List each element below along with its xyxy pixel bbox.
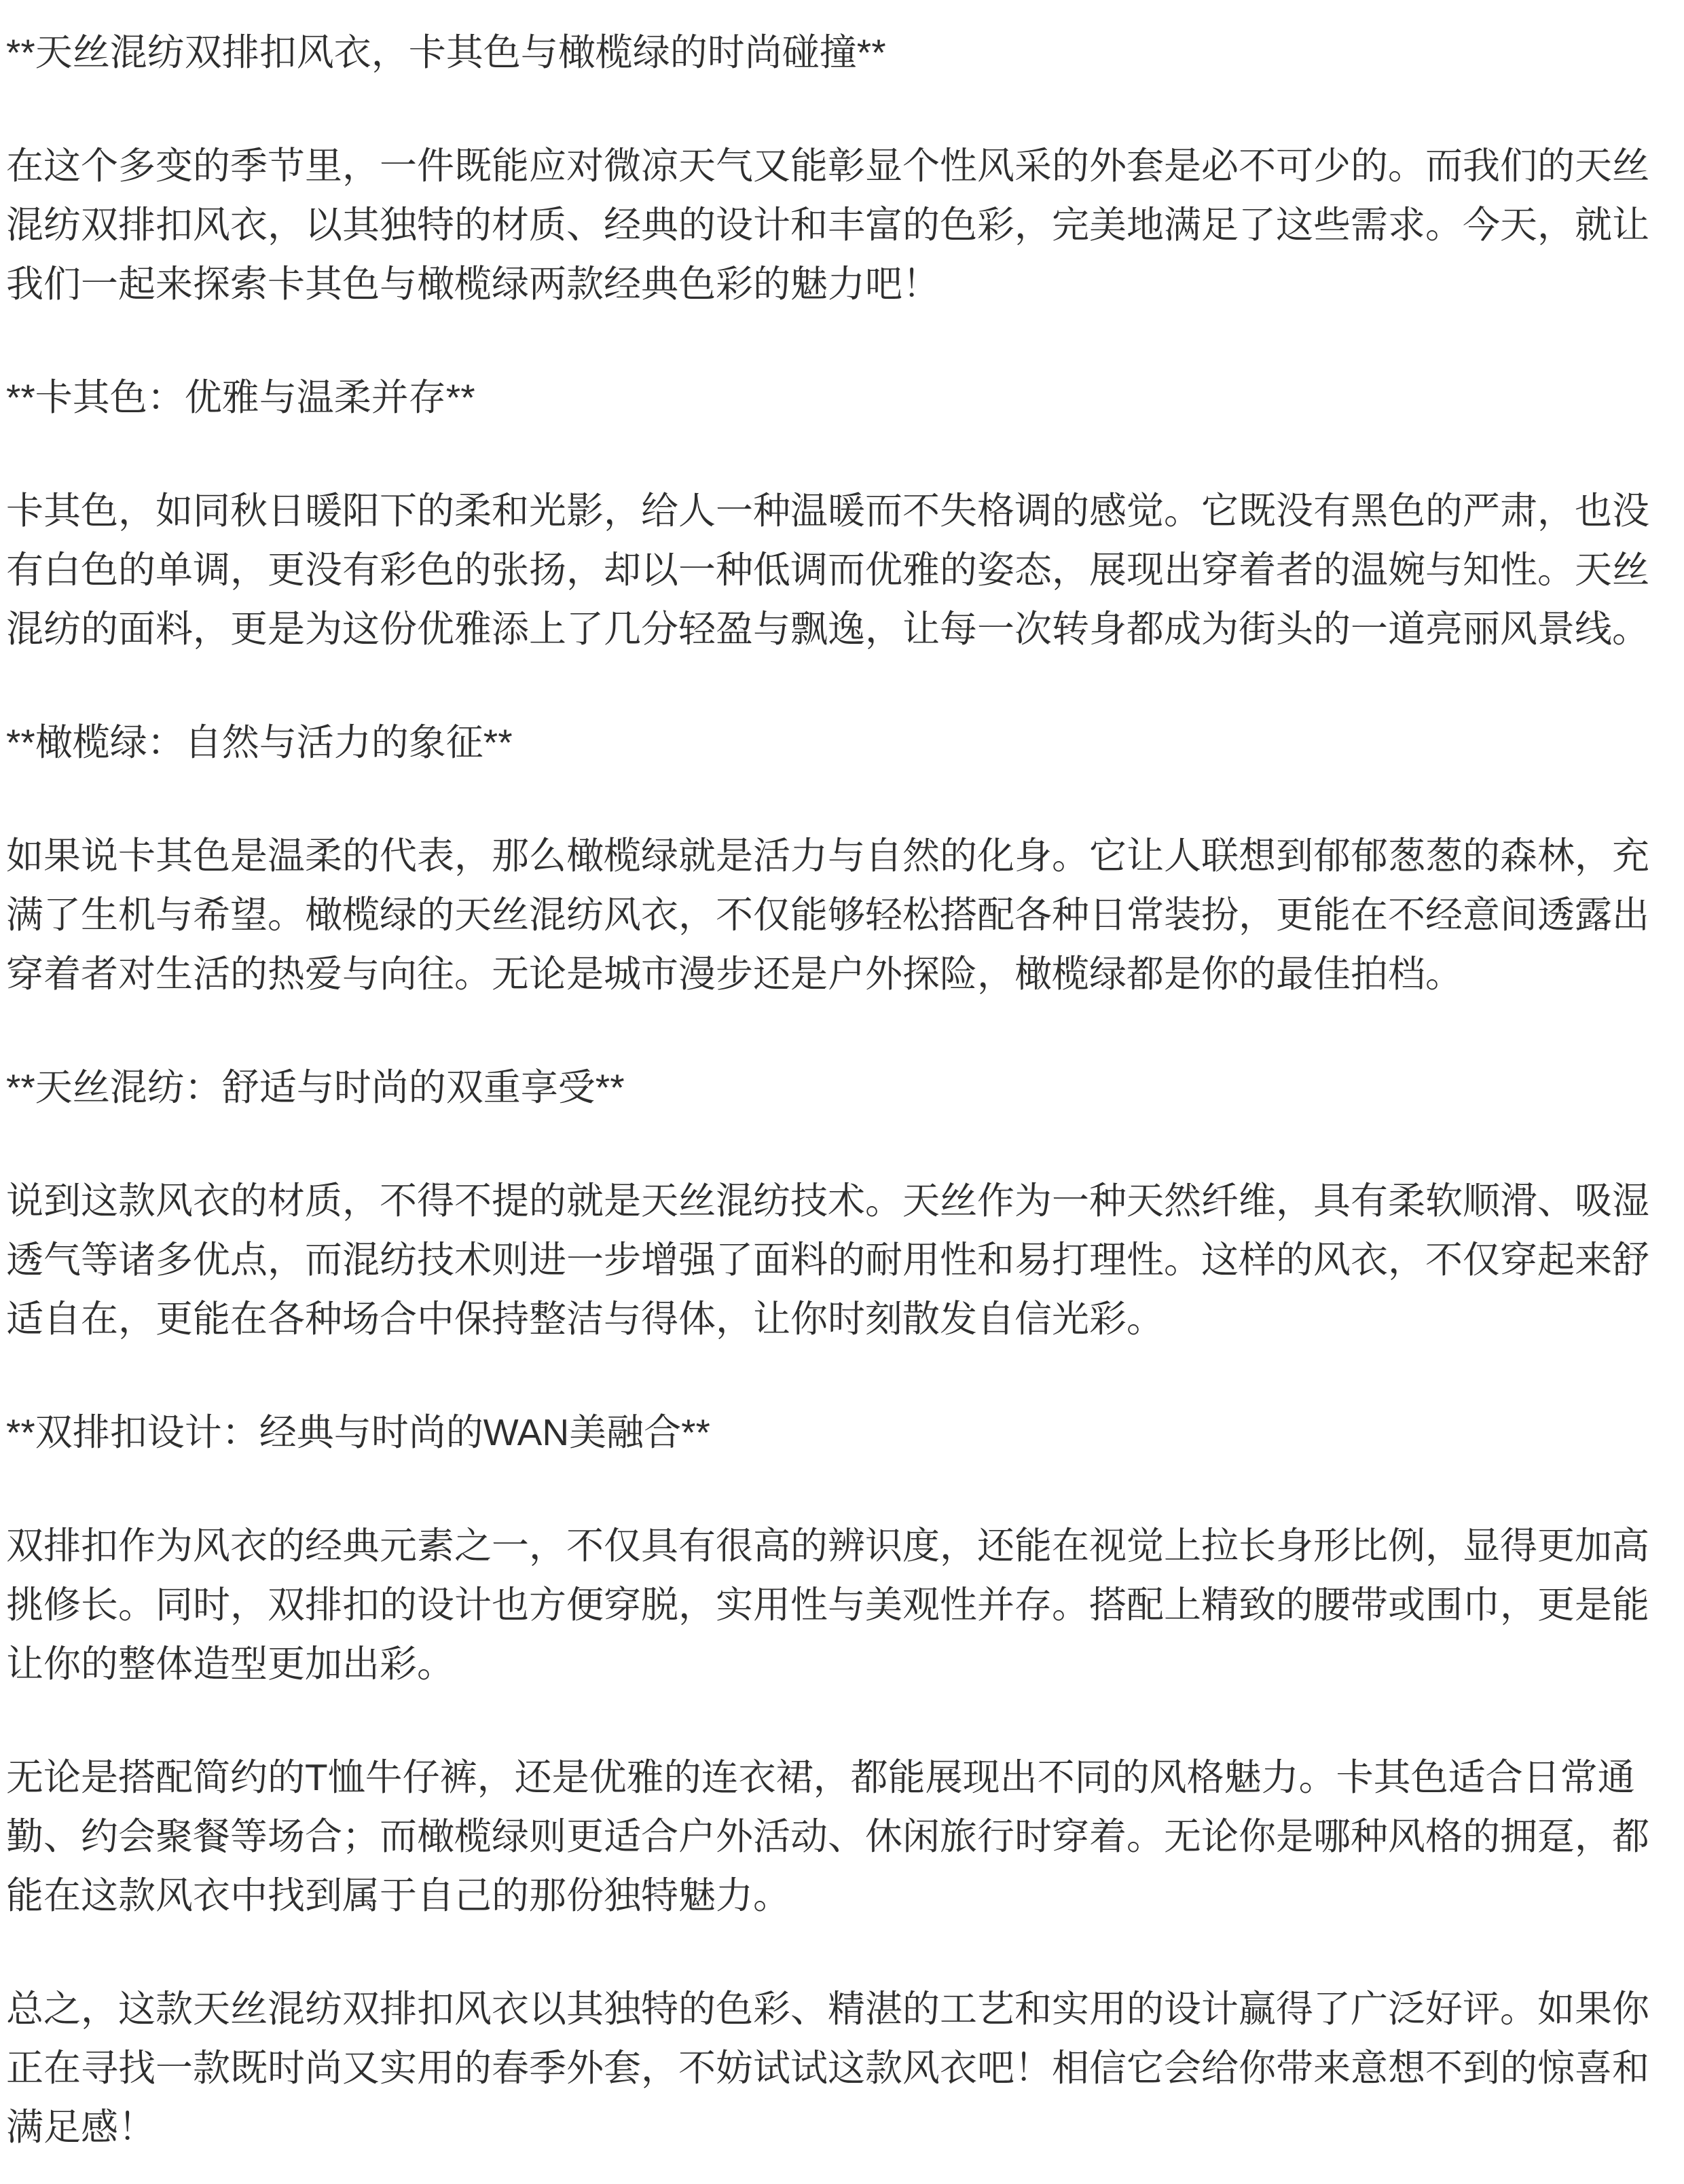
heading-double-breasted: **双排扣设计：经典与时尚的WAN美融合**	[6, 1403, 1679, 1462]
khaki-paragraph: 卡其色，如同秋日暖阳下的柔和光影，给人一种温暖而不失格调的感觉。它既没有黑色的严…	[6, 481, 1679, 659]
heading-khaki: **卡其色：优雅与温柔并存**	[6, 368, 1679, 427]
olive-paragraph: 如果说卡其色是温柔的代表，那么橄榄绿就是活力与自然的化身。它让人联想到郁郁葱葱的…	[6, 826, 1679, 1004]
heading-olive: **橄榄绿：自然与活力的象征**	[6, 713, 1679, 772]
conclusion-paragraph: 总之，这款天丝混纺双排扣风衣以其独特的色彩、精湛的工艺和实用的设计赢得了广泛好评…	[6, 1980, 1679, 2157]
tencel-paragraph: 说到这款风衣的材质，不得不提的就是天丝混纺技术。天丝作为一种天然纤维，具有柔软顺…	[6, 1171, 1679, 1349]
styling-paragraph: 无论是搭配简约的T恤牛仔裤，还是优雅的连衣裙，都能展现出不同的风格魅力。卡其色适…	[6, 1748, 1679, 1925]
post-title-line: **天丝混纺双排扣风衣，卡其色与橄榄绿的时尚碰撞**	[6, 23, 1679, 82]
article-body: **天丝混纺双排扣风衣，卡其色与橄榄绿的时尚碰撞** 在这个多变的季节里，一件既…	[0, 0, 1684, 2184]
double-breasted-paragraph: 双排扣作为风衣的经典元素之一，不仅具有很高的辨识度，还能在视觉上拉长身形比例，显…	[6, 1516, 1679, 1694]
heading-tencel: **天丝混纺：舒适与时尚的双重享受**	[6, 1058, 1679, 1117]
intro-paragraph: 在这个多变的季节里，一件既能应对微凉天气又能彰显个性风采的外套是必不可少的。而我…	[6, 136, 1679, 314]
